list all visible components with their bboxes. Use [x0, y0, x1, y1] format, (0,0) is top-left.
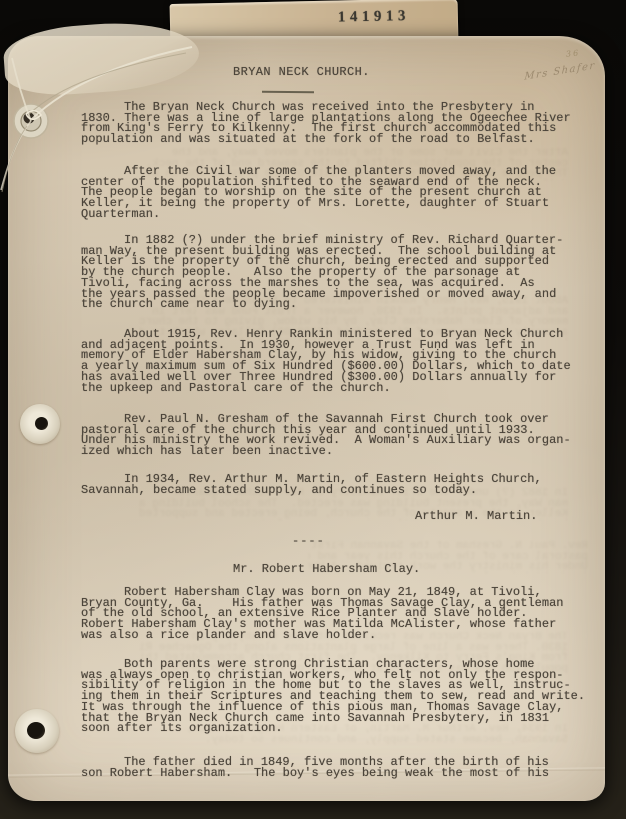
- section-heading: Mr. Robert Habersham Clay.: [233, 564, 420, 575]
- punch-hole: [35, 417, 48, 430]
- paragraph: The Bryan Neck Church was received into …: [81, 102, 597, 145]
- paragraph: Both parents were strong Christian chara…: [81, 659, 597, 734]
- document-title: BRYAN NECK CHURCH.: [233, 67, 370, 78]
- paragraph: After the Civil war some of the planters…: [81, 166, 597, 220]
- paragraph: Rev. Paul N. Gresham of the Savannah Fir…: [81, 414, 597, 457]
- archive-stamp-number: 141913: [338, 8, 410, 27]
- pencil-mark: 36: [566, 48, 581, 58]
- punch-hole: [27, 722, 45, 739]
- title-underline: [262, 91, 314, 94]
- paragraph: In 1934, Rev. Arthur M. Martin, of Easte…: [81, 474, 597, 495]
- paragraph: In 1882 (?) under the brief ministry of …: [81, 235, 597, 310]
- scanned-document-background: 141913 After the Civil war some of the p…: [0, 0, 626, 819]
- section-separator: ----: [292, 536, 325, 547]
- author-signature: Arthur M. Martin.: [415, 511, 537, 522]
- paragraph: The father died in 1849, five months aft…: [81, 757, 597, 778]
- pencil-annotation: Mrs Shafer: [524, 60, 596, 82]
- paragraph: About 1915, Rev. Henry Rankin ministered…: [81, 329, 597, 393]
- document-page: After the Civil war some of the planters…: [8, 36, 605, 801]
- paragraph: Robert Habersham Clay was born on May 21…: [81, 587, 597, 641]
